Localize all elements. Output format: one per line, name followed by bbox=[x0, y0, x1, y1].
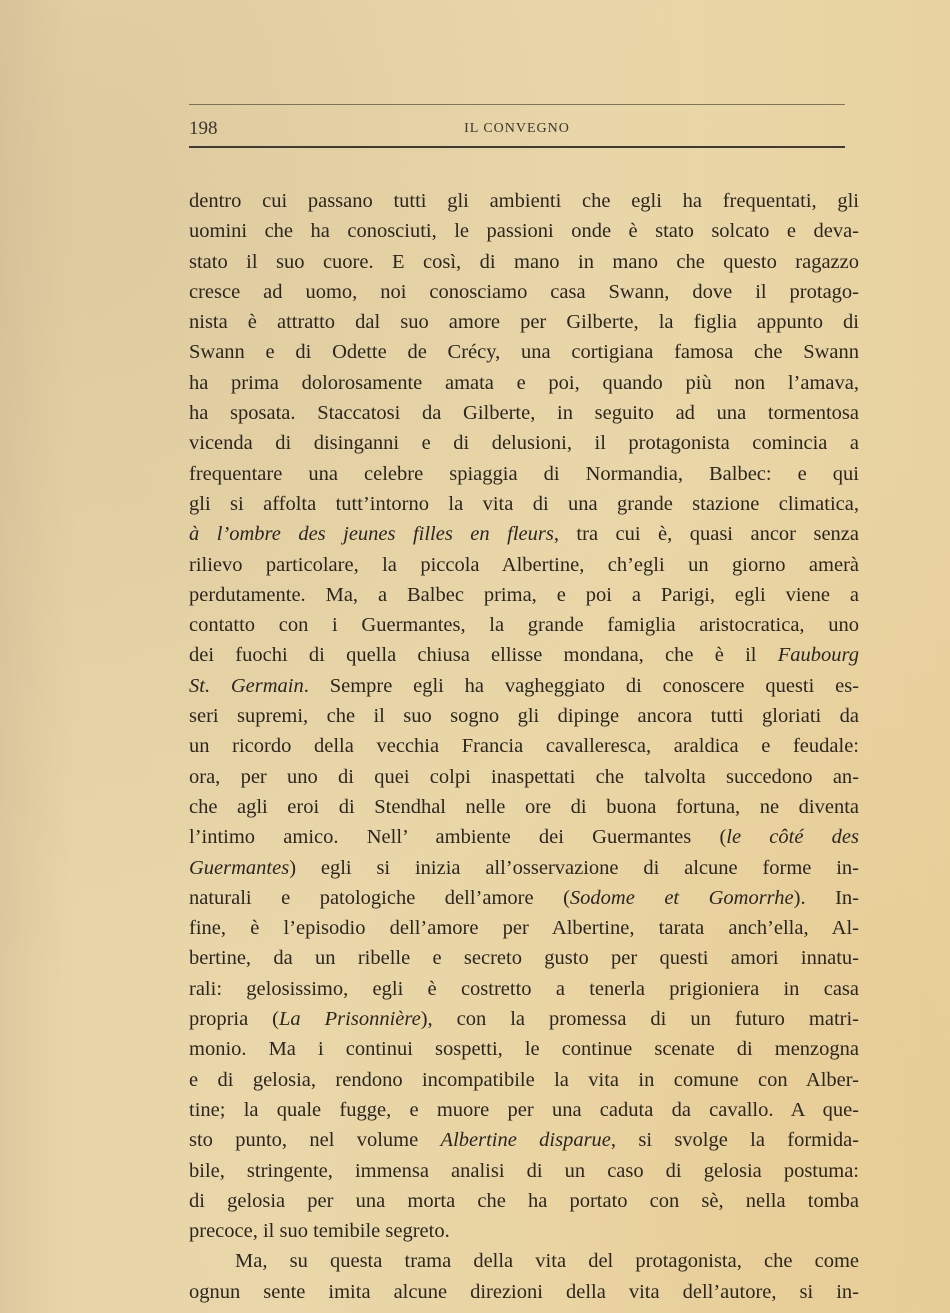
text-line: che agli eroi di Stendhal nelle ore di b… bbox=[189, 792, 859, 822]
italic-title: La Prisonnière bbox=[279, 1008, 421, 1030]
line-text: uomini che ha conosciuti, le passioni on… bbox=[189, 220, 859, 242]
line-text: . Sempre egli ha vagheggiato di conoscer… bbox=[304, 675, 859, 697]
line-text: dentro cui passano tutti gli ambienti ch… bbox=[189, 190, 859, 212]
line-text: ora, per uno di quei colpi inaspettati c… bbox=[189, 766, 859, 788]
text-line: nista è attratto dal suo amore per Gilbe… bbox=[189, 307, 859, 337]
text-line: St. Germain. Sempre egli ha vagheggiato … bbox=[189, 671, 859, 701]
text-line: rali: gelosissimo, egli è costretto a te… bbox=[189, 974, 859, 1004]
line-text: Ma, su questa trama della vita del prota… bbox=[235, 1250, 859, 1272]
text-line: gli si affolta tutt’intorno la vita di u… bbox=[189, 489, 859, 519]
text-line: perdutamente. Ma, a Balbec prima, e poi … bbox=[189, 580, 859, 610]
line-text: rilievo particolare, la piccola Albertin… bbox=[189, 554, 859, 576]
line-text: rali: gelosissimo, egli è costretto a te… bbox=[189, 978, 859, 1000]
text-line: Ma, su questa trama della vita del prota… bbox=[189, 1246, 859, 1276]
italic-title: Guermantes bbox=[189, 857, 289, 879]
text-line: un ricordo della vecchia Francia cavalle… bbox=[189, 731, 859, 761]
text-line: Guermantes) egli si inizia all’osservazi… bbox=[189, 853, 859, 883]
text-line: ha prima dolorosamente amata e poi, quan… bbox=[189, 368, 859, 398]
text-line: cresce ad uomo, noi conosciamo casa Swan… bbox=[189, 277, 859, 307]
line-text: frequentare una celebre spiaggia di Norm… bbox=[189, 463, 859, 485]
line-text: naturali e patologiche dell’amore ( bbox=[189, 887, 570, 909]
text-line: sto punto, nel volume Albertine disparue… bbox=[189, 1125, 859, 1155]
text-line: fine, è l’episodio dell’amore per Albert… bbox=[189, 913, 859, 943]
italic-title: Albertine disparue bbox=[441, 1129, 611, 1151]
text-line: Swann e di Odette de Crécy, una cortigia… bbox=[189, 337, 859, 367]
line-text: vicenda di disinganni e di delusioni, il… bbox=[189, 432, 859, 454]
line-text: cresce ad uomo, noi conosciamo casa Swan… bbox=[189, 281, 859, 303]
line-text: un ricordo della vecchia Francia cavalle… bbox=[189, 735, 859, 757]
line-text: , tra cui è, quasi ancor senza bbox=[554, 523, 859, 545]
text-line: rilievo particolare, la piccola Albertin… bbox=[189, 550, 859, 580]
text-line: ognun sente imita alcune direzioni della… bbox=[189, 1277, 859, 1307]
line-text: contatto con i Guermantes, la grande fam… bbox=[189, 614, 859, 636]
line-text: perdutamente. Ma, a Balbec prima, e poi … bbox=[189, 584, 859, 606]
text-line: contatto con i Guermantes, la grande fam… bbox=[189, 610, 859, 640]
line-text: e di gelosia, rendono incompatibile la v… bbox=[189, 1069, 859, 1091]
text-line: monio. Ma i continui sospetti, le contin… bbox=[189, 1034, 859, 1064]
line-text: che agli eroi di Stendhal nelle ore di b… bbox=[189, 796, 859, 818]
line-text: ha sposata. Staccatosi da Gilberte, in s… bbox=[189, 402, 859, 424]
text-line: precoce, il suo temibile segreto. bbox=[189, 1216, 859, 1246]
line-text: ). In- bbox=[794, 887, 859, 909]
running-title: IL CONVEGNO bbox=[189, 121, 845, 137]
italic-title: St. Germain bbox=[189, 675, 304, 697]
text-line: e di gelosia, rendono incompatibile la v… bbox=[189, 1065, 859, 1095]
line-text: bertine, da un ribelle e secreto gusto p… bbox=[189, 947, 859, 969]
line-text: bile, stringente, immensa analisi di un … bbox=[189, 1160, 859, 1182]
text-line: stato il suo cuore. E così, di mano in m… bbox=[189, 247, 859, 277]
text-line: l’intimo amico. Nell’ ambiente dei Guerm… bbox=[189, 822, 859, 852]
line-text: sto punto, nel volume bbox=[189, 1129, 441, 1151]
running-header: 198 IL CONVEGNO bbox=[189, 114, 845, 144]
line-text: propria ( bbox=[189, 1008, 279, 1030]
line-text: l’intimo amico. Nell’ ambiente dei Guerm… bbox=[189, 826, 726, 848]
italic-title: Sodome et Gomorrhe bbox=[570, 887, 794, 909]
text-line: ora, per uno di quei colpi inaspettati c… bbox=[189, 762, 859, 792]
text-line: bile, stringente, immensa analisi di un … bbox=[189, 1156, 859, 1186]
line-text: monio. Ma i continui sospetti, le contin… bbox=[189, 1038, 859, 1060]
text-line: vicenda di disinganni e di delusioni, il… bbox=[189, 428, 859, 458]
text-line: naturali e patologiche dell’amore (Sodom… bbox=[189, 883, 859, 913]
text-line: à l’ombre des jeunes filles en fleurs, t… bbox=[189, 519, 859, 549]
text-line: ha sposata. Staccatosi da Gilberte, in s… bbox=[189, 398, 859, 428]
line-text: fine, è l’episodio dell’amore per Albert… bbox=[189, 917, 859, 939]
text-line: propria (La Prisonnière), con la promess… bbox=[189, 1004, 859, 1034]
line-text: stato il suo cuore. E così, di mano in m… bbox=[189, 251, 859, 273]
line-text: ) egli si inizia all’osservazione di alc… bbox=[289, 857, 859, 879]
line-text: gli si affolta tutt’intorno la vita di u… bbox=[189, 493, 859, 515]
italic-title: le côté des bbox=[726, 826, 859, 848]
line-text: dei fuochi di quella chiusa ellisse mond… bbox=[189, 644, 778, 666]
header-top-rule bbox=[189, 104, 845, 105]
line-text: , si svolge la formida- bbox=[611, 1129, 859, 1151]
header-bottom-rule bbox=[189, 146, 845, 148]
line-text: precoce, il suo temibile segreto. bbox=[189, 1220, 450, 1242]
line-text: ognun sente imita alcune direzioni della… bbox=[189, 1281, 859, 1303]
text-line: dentro cui passano tutti gli ambienti ch… bbox=[189, 186, 859, 216]
body-text: dentro cui passano tutti gli ambienti ch… bbox=[189, 186, 859, 1307]
text-line: di gelosia per una morta che ha portato … bbox=[189, 1186, 859, 1216]
line-text: nista è attratto dal suo amore per Gilbe… bbox=[189, 311, 859, 333]
line-text: tine; la quale fugge, e muore per una ca… bbox=[189, 1099, 859, 1121]
line-text: ha prima dolorosamente amata e poi, quan… bbox=[189, 372, 859, 394]
text-line: bertine, da un ribelle e secreto gusto p… bbox=[189, 943, 859, 973]
text-line: tine; la quale fugge, e muore per una ca… bbox=[189, 1095, 859, 1125]
line-text: ), con la promessa di un futuro matri- bbox=[421, 1008, 859, 1030]
line-text: di gelosia per una morta che ha portato … bbox=[189, 1190, 859, 1212]
text-line: dei fuochi di quella chiusa ellisse mond… bbox=[189, 640, 859, 670]
italic-title: Faubourg bbox=[778, 644, 859, 666]
text-line: uomini che ha conosciuti, le passioni on… bbox=[189, 216, 859, 246]
text-line: frequentare una celebre spiaggia di Norm… bbox=[189, 459, 859, 489]
line-text: seri supremi, che il suo sogno gli dipin… bbox=[189, 705, 859, 727]
italic-title: à l’ombre des jeunes filles en fleurs bbox=[189, 523, 554, 545]
text-line: seri supremi, che il suo sogno gli dipin… bbox=[189, 701, 859, 731]
line-text: Swann e di Odette de Crécy, una cortigia… bbox=[189, 341, 859, 363]
